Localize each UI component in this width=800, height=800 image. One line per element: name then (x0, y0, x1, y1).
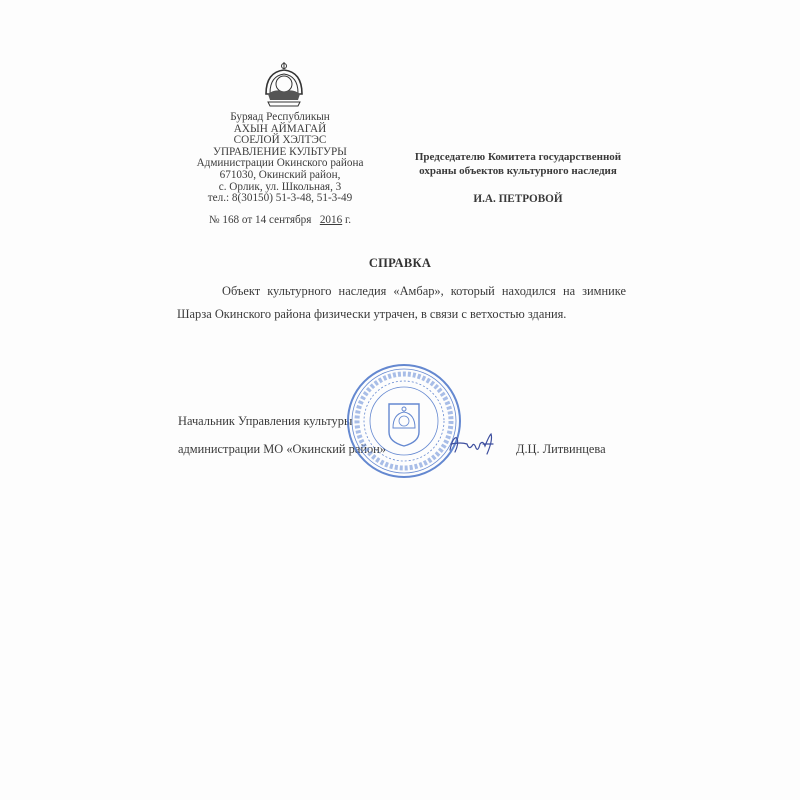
document-page: Буряад Республикын АХЫН АЙМАГАЙ СОЕЛОЙ Х… (0, 0, 800, 800)
document-title: СПРАВКА (170, 256, 630, 271)
letterhead-line: тел.: 8(30150) 51-3-48, 51-3-49 (190, 193, 370, 205)
handwritten-signature-icon (447, 430, 497, 458)
signatory-name: Д.Ц. Литвинцева (516, 442, 606, 457)
addressee-name: И.А. ПЕТРОВОЙ (398, 192, 638, 206)
registration-prefix: № 168 от 14 сентября (209, 214, 312, 226)
letterhead: Буряад Республикын АХЫН АЙМАГАЙ СОЕЛОЙ Х… (190, 112, 370, 226)
document-body: Объект культурного наследия «Амбар», кот… (177, 280, 626, 325)
registration-number: № 168 от 14 сентября 2016 г. (190, 215, 370, 227)
letterhead-line: 671030, Окинский район, (190, 170, 370, 182)
coat-of-arms-icon (260, 60, 308, 112)
registration-suffix: г. (345, 214, 351, 226)
letterhead-line: Буряад Республикын (190, 112, 370, 124)
addressee-block: Председателю Комитета государственной ох… (398, 150, 638, 206)
registration-year: 2016 (320, 214, 342, 226)
official-stamp-icon (345, 362, 463, 480)
addressee-line-2: охраны объектов культурного наследия (398, 164, 638, 178)
signatory-role-line-1: Начальник Управления культуры (178, 414, 352, 429)
body-paragraph: Объект культурного наследия «Амбар», кот… (177, 280, 626, 325)
addressee-line-1: Председателю Комитета государственной (398, 150, 638, 164)
